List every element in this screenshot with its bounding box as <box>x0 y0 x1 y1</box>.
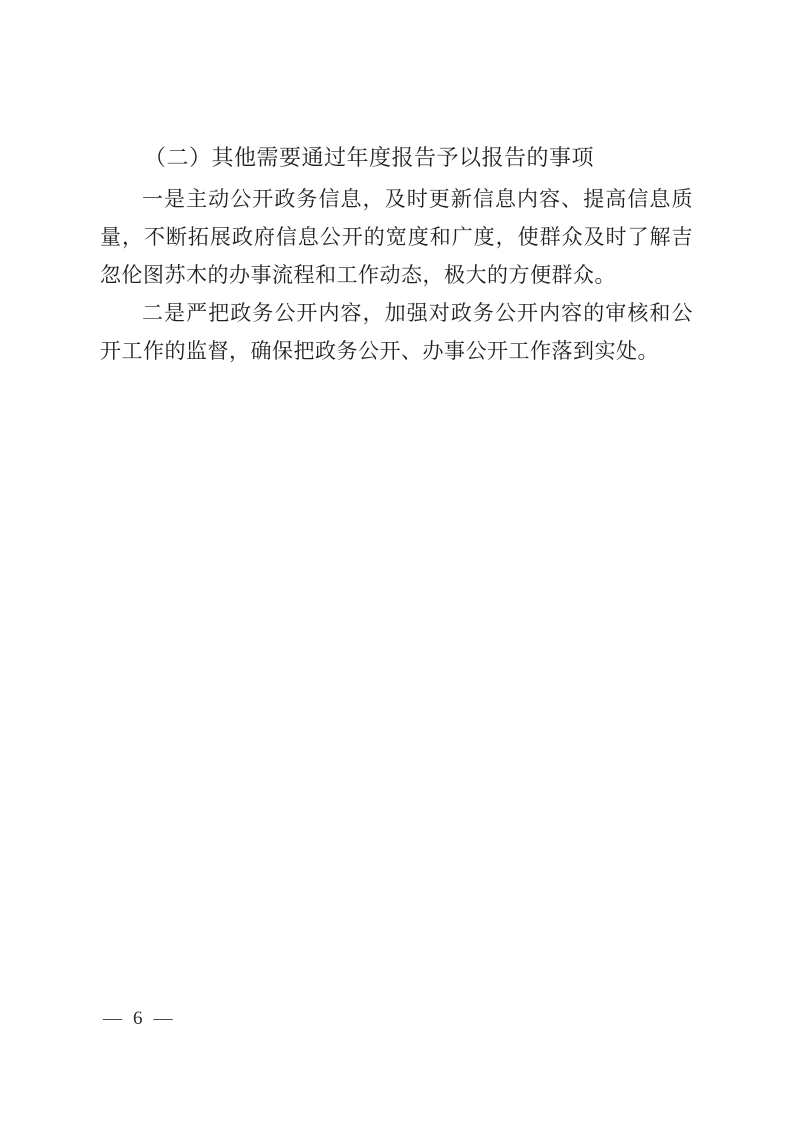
paragraph-2: 二是严把政务公开内容，加强对政务公开内容的审核和公开工作的监督，确保把政务公开、… <box>100 294 693 370</box>
section-heading: （二）其他需要通过年度报告予以报告的事项 <box>100 139 693 177</box>
document-page: （二）其他需要通过年度报告予以报告的事项 一是主动公开政务信息，及时更新信息内容… <box>0 0 793 1122</box>
document-body: （二）其他需要通过年度报告予以报告的事项 一是主动公开政务信息，及时更新信息内容… <box>100 139 693 370</box>
paragraph-1: 一是主动公开政务信息，及时更新信息内容、提高信息质量，不断拓展政府信息公开的宽度… <box>100 180 693 294</box>
page-number-value: 6 <box>133 1006 143 1032</box>
page-number-left-dash: — <box>103 1006 122 1032</box>
page-number: — 6 — <box>103 1006 173 1032</box>
page-number-right-dash: — <box>154 1006 173 1032</box>
page-footer: — 6 — <box>103 1006 173 1032</box>
